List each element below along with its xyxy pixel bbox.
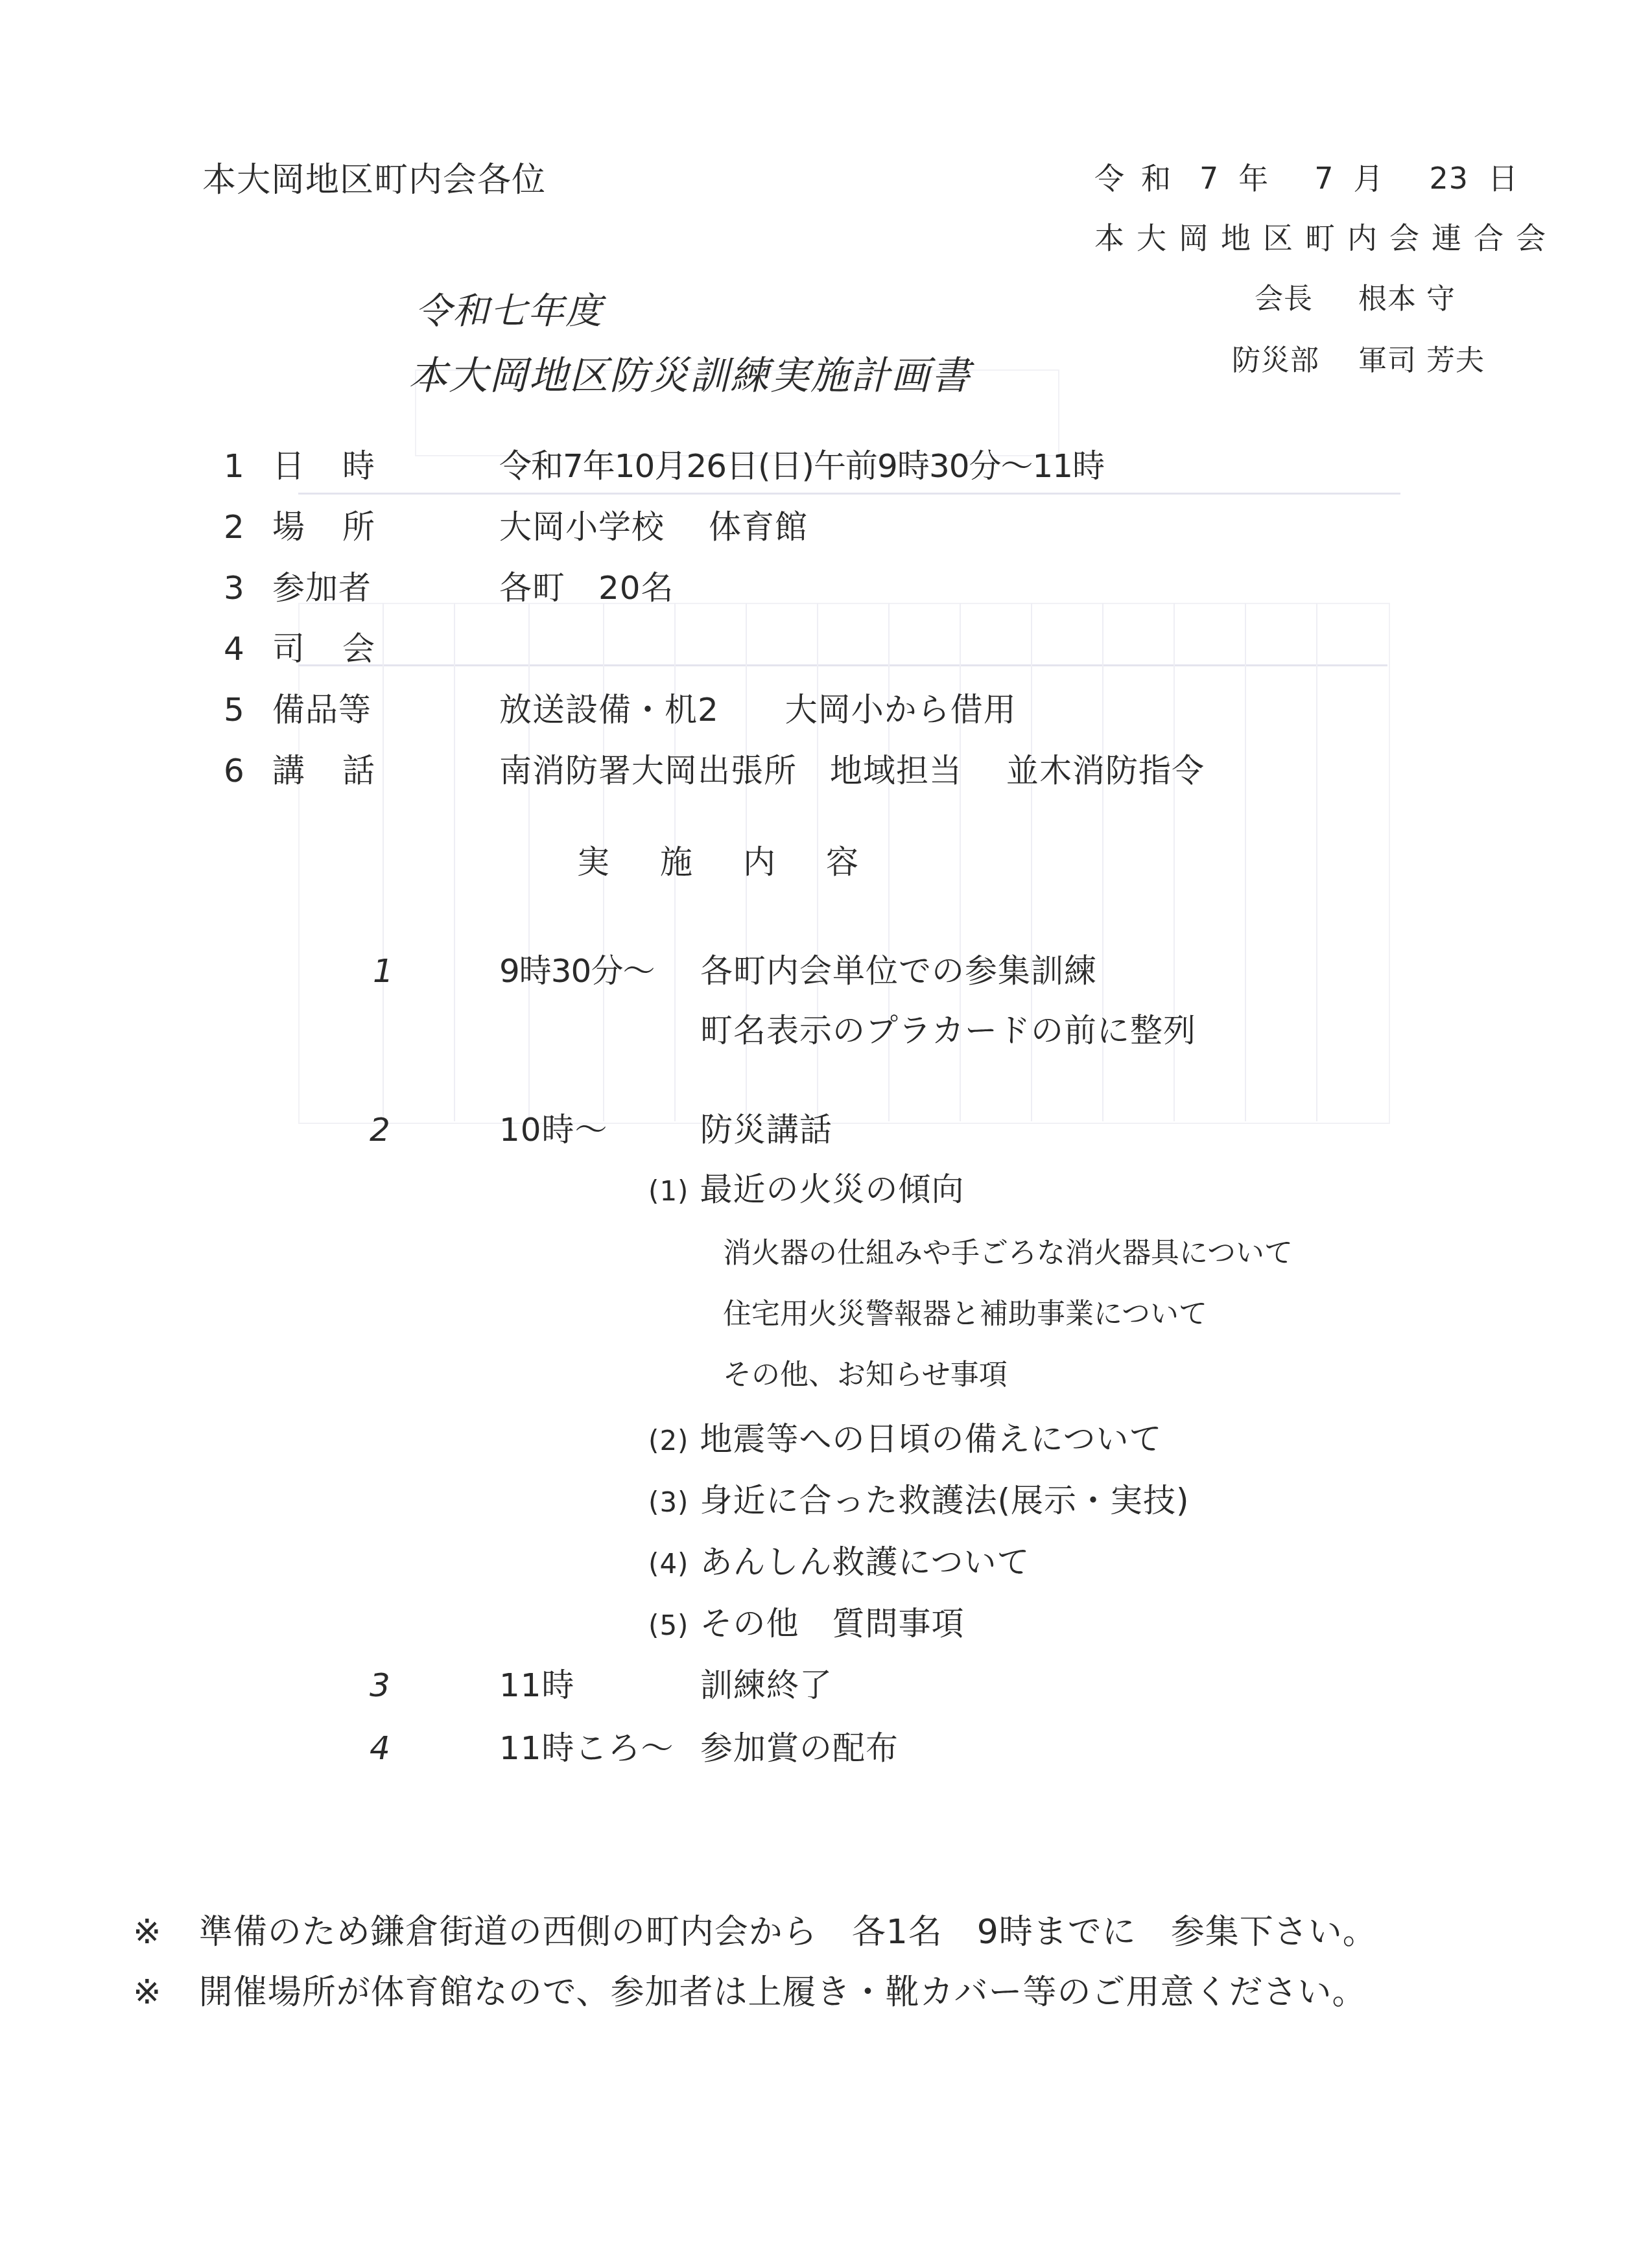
- item-label: 場 所: [272, 511, 377, 543]
- note-text: 準備のため鎌倉街道の西側の町内会から 各1名 9時までに 参集下さい。: [199, 1913, 1377, 1952]
- program-heading: 実 施 内 容: [577, 846, 867, 878]
- item-number: 3: [224, 572, 245, 604]
- item-label: 参加者: [272, 572, 372, 604]
- date-year: 7: [1199, 161, 1219, 196]
- program-item-time: 9時30分〜: [499, 955, 654, 987]
- subitem-number: (3): [648, 1486, 689, 1518]
- note-item: ※ 開催場所が体育館なので、参加者は上履き・靴カバー等のご用意ください。: [133, 1976, 1367, 2009]
- program-item-text: 町名表示のプラカードの前に整列: [700, 1014, 1196, 1047]
- signatory-name: 軍司 芳夫: [1358, 344, 1485, 377]
- bleed-through-col: [1316, 603, 1317, 1121]
- program-item-number: 3: [370, 1669, 391, 1701]
- program-item-number: 4: [370, 1732, 391, 1764]
- date-month-unit: 月: [1354, 161, 1384, 196]
- item-value: 大岡小学校 体育館: [499, 511, 808, 543]
- item-value: 令和7年10月26日(日)午前9時30分〜11時: [499, 450, 1104, 482]
- program-subitem: (3) 身近に合った救護法(展示・実技): [648, 1484, 1189, 1517]
- bleed-through-col: [383, 603, 384, 1121]
- signatory-name: 根本 守: [1358, 283, 1456, 316]
- item-label: 日 時: [272, 450, 377, 482]
- subitem-number: (4): [648, 1548, 689, 1580]
- signatory-role: 防災部: [1232, 344, 1319, 377]
- program-item-time: 11時: [499, 1669, 575, 1701]
- subitem-text: あんしん救護について: [700, 1543, 1030, 1581]
- program-item-number: 1: [373, 955, 394, 987]
- item-number: 6: [224, 754, 245, 787]
- date-day: 23: [1430, 161, 1469, 196]
- issue-date: 令和7年7月23日: [1094, 163, 1518, 193]
- bleed-through-col: [454, 603, 455, 1121]
- title-main: 本大岡地区防災訓練実施計画書: [408, 345, 971, 401]
- program-subitem: (1) 最近の火災の傾向: [648, 1173, 964, 1206]
- subitem-text: その他 質問事項: [700, 1605, 964, 1643]
- program-item-text: 参加賞の配布: [700, 1732, 899, 1764]
- reference-mark-icon: ※: [133, 1913, 162, 1952]
- subitem-number: (2): [648, 1425, 689, 1456]
- item-label: 司 会: [272, 633, 377, 665]
- program-subitem: (4) あんしん救護について: [648, 1546, 1030, 1578]
- reference-mark-icon: ※: [133, 1973, 162, 2012]
- bleed-through-col: [1245, 603, 1246, 1121]
- subitem-text: 最近の火災の傾向: [700, 1171, 964, 1208]
- item-number: 2: [224, 511, 245, 543]
- program-item-text: 防災講話: [700, 1114, 832, 1146]
- program-subitem: (2) 地震等への日頃の備えについて: [648, 1423, 1162, 1455]
- date-day-unit: 日: [1488, 161, 1518, 196]
- date-year-unit: 年: [1238, 161, 1269, 196]
- signatory-role: 会長: [1255, 283, 1313, 316]
- note-item: ※ 準備のため鎌倉街道の西側の町内会から 各1名 9時までに 参集下さい。: [133, 1915, 1377, 1949]
- signatory-chair: 会長根本 守: [1255, 285, 1456, 314]
- program-item-number: 2: [370, 1114, 391, 1146]
- date-era: 令和: [1094, 161, 1188, 196]
- item-number: 5: [224, 694, 245, 726]
- item-value: 各町 20名: [499, 572, 674, 604]
- addressee: 本大岡地区町内会各位: [202, 163, 546, 197]
- program-item-text: 各町内会単位での参集訓練: [700, 955, 1097, 987]
- item-label: 講 話: [272, 754, 377, 787]
- subitem-text: 地震等への日頃の備えについて: [700, 1420, 1162, 1458]
- bleed-through-col: [528, 603, 530, 1121]
- subitem-number: (5): [648, 1609, 689, 1641]
- item-number: 4: [224, 633, 245, 665]
- subitem-detail: 消火器の仕組みや手ごろな消火器具について: [723, 1239, 1293, 1268]
- issuing-organization: 本大岡地区町内会連合会: [1094, 223, 1558, 253]
- bleed-through-rule: [298, 493, 1400, 495]
- program-item-time: 10時〜: [499, 1114, 608, 1146]
- program-subitem: (5) その他 質問事項: [648, 1607, 964, 1640]
- subitem-number: (1): [648, 1175, 689, 1207]
- program-item-time: 11時ころ〜: [499, 1732, 674, 1764]
- program-item-text: 訓練終了: [700, 1669, 832, 1701]
- subitem-detail: 住宅用火災警報器と補助事業について: [723, 1300, 1207, 1329]
- item-number: 1: [224, 450, 245, 482]
- title-fiscal-year: 令和七年度: [415, 283, 603, 334]
- subitem-detail: その他、お知らせ事項: [723, 1361, 1008, 1390]
- date-month: 7: [1314, 161, 1334, 196]
- subitem-text: 身近に合った救護法(展示・実技): [700, 1482, 1189, 1519]
- item-value: 南消防署大岡出張所 地域担当 並木消防指令: [499, 754, 1205, 787]
- bleed-through-rule: [298, 664, 1387, 666]
- item-value: 放送設備・机2 大岡小から借用: [499, 694, 1017, 726]
- item-label: 備品等: [272, 694, 372, 726]
- signatory-disaster-dept: 防災部軍司 芳夫: [1232, 347, 1485, 375]
- note-text: 開催場所が体育館なので、参加者は上履き・靴カバー等のご用意ください。: [199, 1973, 1367, 2012]
